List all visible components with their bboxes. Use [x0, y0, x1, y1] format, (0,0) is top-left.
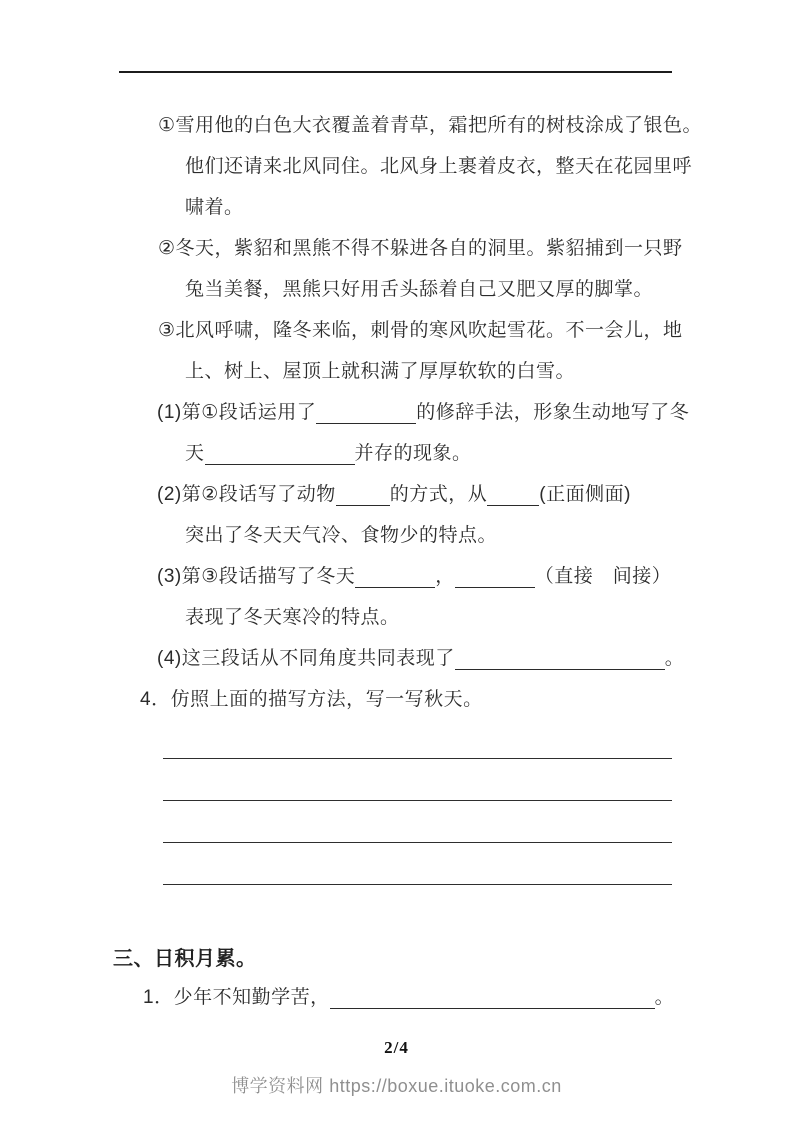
text-line: ②冬天，紫貂和黑熊不得不躲进各自的洞里。紫貂捕到一只野 [158, 228, 793, 269]
text-run: 突出了冬天天气冷、食物少的特点。 [185, 515, 497, 556]
text-run: ， [435, 556, 455, 597]
text-run: 。 [655, 977, 675, 1018]
text-line: 表现了冬天寒冷的特点。 [185, 597, 793, 638]
text-line: ③北风呼啸，隆冬来临，刺骨的寒风吹起雪花。不一会儿，地 [158, 310, 793, 351]
text-run: 并存的现象。 [355, 433, 472, 474]
fill-in-blank [330, 1008, 655, 1009]
text-line: (4)这三段话从不同角度共同表现了。 [157, 638, 793, 679]
text-run: ①雪用他的白色大衣覆盖着青草，霜把所有的树枝涂成了银色。 [158, 105, 702, 146]
text-run: ②冬天，紫貂和黑熊不得不躲进各自的洞里。紫貂捕到一只野 [158, 228, 683, 269]
text-run: 上、树上、屋顶上就积满了厚厚软软的白雪。 [185, 351, 575, 392]
text-run: (2)第②段话写了动物 [157, 474, 336, 515]
text-run: 他们还请来北风同住。北风身上裹着皮衣，整天在花园里呼 [185, 146, 692, 187]
text-line: 4．仿照上面的描写方法，写一写秋天。 [140, 679, 793, 720]
answer-lines-block [163, 717, 672, 885]
text-run: （直接 间接） [535, 556, 672, 597]
answer-line [163, 717, 672, 759]
text-line: 突出了冬天天气冷、食物少的特点。 [185, 515, 793, 556]
text-line: 上、树上、屋顶上就积满了厚厚软软的白雪。 [185, 351, 793, 392]
text-run: (4)这三段话从不同角度共同表现了 [157, 638, 455, 679]
text-line: (2)第②段话写了动物的方式，从(正面侧面) [157, 474, 793, 515]
text-line: 啸着。 [185, 187, 793, 228]
section-three: 三、日积月累。 1．少年不知勤学苦，。 [0, 936, 793, 1018]
fill-in-blank [316, 423, 416, 424]
answer-line [163, 759, 672, 801]
text-line: 兔当美餐，黑熊只好用舌头舔着自己又肥又厚的脚掌。 [185, 269, 793, 310]
fill-in-blank [487, 505, 539, 506]
section-items: 1．少年不知勤学苦，。 [0, 977, 793, 1018]
text-run: 1．少年不知勤学苦， [143, 977, 330, 1018]
text-run: 。 [665, 638, 685, 679]
answer-line [163, 843, 672, 885]
fill-in-blank [205, 464, 355, 465]
text-line: 天并存的现象。 [185, 433, 793, 474]
text-line: (1)第①段话运用了的修辞手法，形象生动地写了冬 [157, 392, 793, 433]
text-run: (3)第③段话描写了冬天 [157, 556, 355, 597]
text-run: (正面侧面) [539, 474, 631, 515]
text-run: 4．仿照上面的描写方法，写一写秋天。 [140, 679, 483, 720]
fill-in-blank [455, 669, 665, 670]
page-number: 2/4 [0, 1038, 793, 1058]
text-run: 的方式，从 [390, 474, 488, 515]
text-line: 他们还请来北风同住。北风身上裹着皮衣，整天在花园里呼 [185, 146, 793, 187]
section-heading: 三、日积月累。 [113, 936, 793, 977]
text-line: ①雪用他的白色大衣覆盖着青草，霜把所有的树枝涂成了银色。 [158, 105, 793, 146]
fill-in-blank [336, 505, 390, 506]
header-rule [119, 71, 672, 73]
text-run: 兔当美餐，黑熊只好用舌头舔着自己又肥又厚的脚掌。 [185, 269, 653, 310]
answer-line [163, 801, 672, 843]
text-run: (1)第①段话运用了 [157, 392, 316, 433]
worksheet-body: ①雪用他的白色大衣覆盖着青草，霜把所有的树枝涂成了银色。他们还请来北风同住。北风… [0, 105, 793, 720]
text-line: 1．少年不知勤学苦，。 [143, 977, 793, 1018]
text-run: 啸着。 [185, 187, 244, 228]
fill-in-blank [455, 587, 535, 588]
watermark-text: 博学资料网 https://boxue.ituoke.com.cn [0, 1072, 793, 1098]
text-run: ③北风呼啸，隆冬来临，刺骨的寒风吹起雪花。不一会儿，地 [158, 310, 683, 351]
text-run: 天 [185, 433, 205, 474]
text-run: 的修辞手法，形象生动地写了冬 [416, 392, 689, 433]
text-run: 表现了冬天寒冷的特点。 [185, 597, 400, 638]
worksheet-page: ①雪用他的白色大衣覆盖着青草，霜把所有的树枝涂成了银色。他们还请来北风同住。北风… [0, 0, 793, 1122]
fill-in-blank [355, 587, 435, 588]
text-line: (3)第③段话描写了冬天，（直接 间接） [157, 556, 793, 597]
